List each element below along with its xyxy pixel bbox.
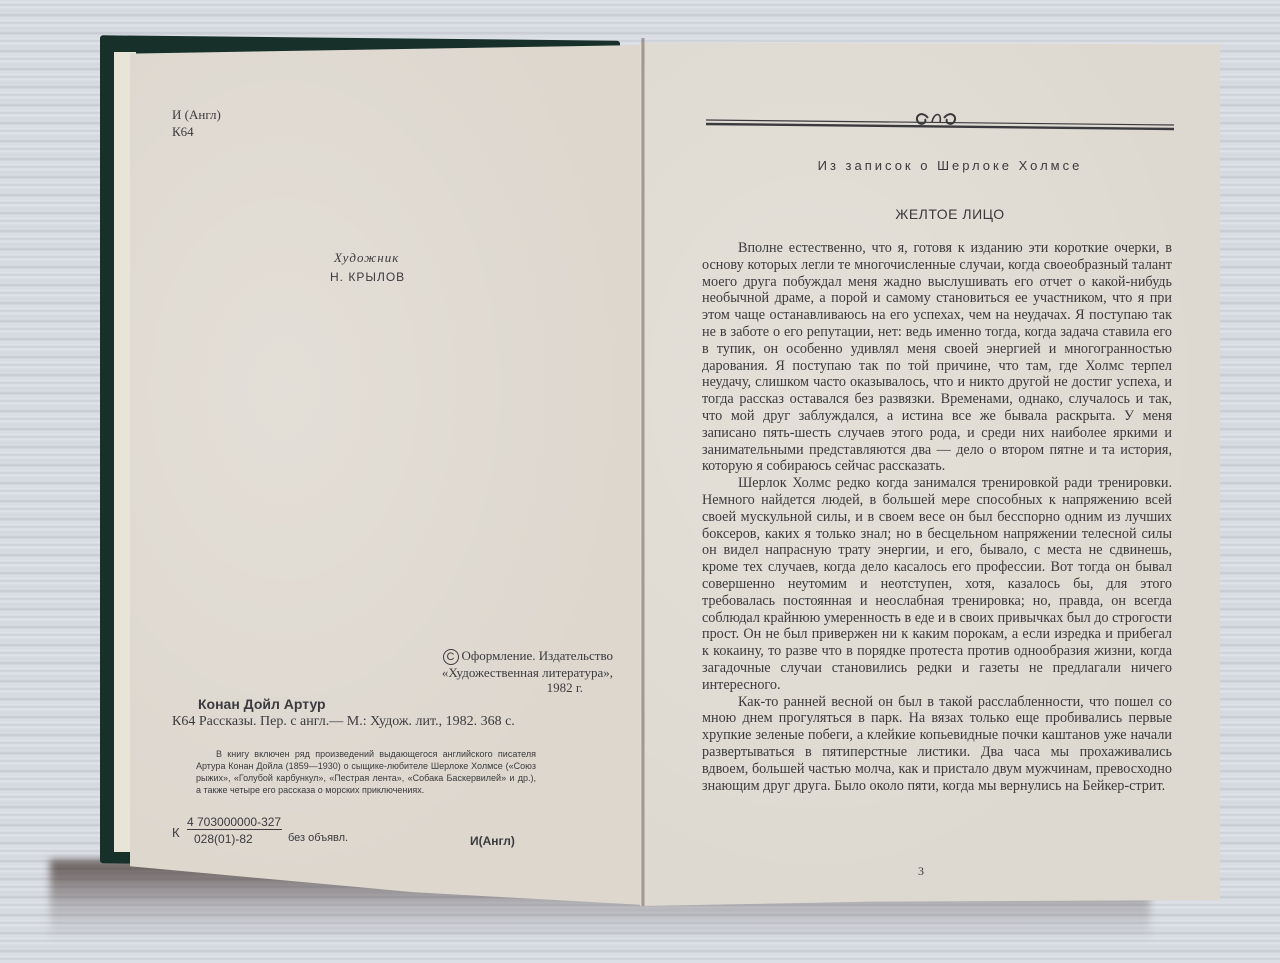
index-prefix: К xyxy=(172,825,180,840)
book-annotation: В книгу включен ряд произведений выдающе… xyxy=(196,748,536,796)
index-numerator: 4 703000000-327 xyxy=(187,815,282,830)
story-paragraph: Вполне естественно, что я, готовя к изда… xyxy=(702,240,1172,475)
story-paragraph: Шерлок Холмс редко когда занимался трени… xyxy=(702,475,1172,693)
annotation-text: В книгу включен ряд произведений выдающе… xyxy=(196,748,536,796)
story-body: Вполне естественно, что я, готовя к изда… xyxy=(702,240,1172,794)
copyright-line: «Художественная литература», xyxy=(413,665,613,680)
library-code-line: К64 xyxy=(172,123,221,140)
index-denominator: 028(01)-82 xyxy=(194,832,253,846)
copyright-line: Оформление. Издательство xyxy=(462,648,614,663)
artist-name: Н. КРЫЛОВ xyxy=(330,270,405,284)
page-number: 3 xyxy=(918,864,924,879)
copyright-notice: CОформление. Издательство «Художественна… xyxy=(413,648,613,695)
story-title: ЖЕЛТОЕ ЛИЦО xyxy=(700,206,1200,222)
header-ornament-icon xyxy=(706,98,1174,138)
book-gutter xyxy=(641,38,645,906)
series-title: Из записок о Шерлоке Холмсе xyxy=(700,158,1200,173)
library-code: И (Англ) К64 xyxy=(172,106,221,140)
author-name: Конан Дойл Артур xyxy=(198,696,326,712)
copyright-icon: C xyxy=(443,649,459,665)
no-ad-note: без объявл. xyxy=(288,832,348,844)
artist-label: Художник xyxy=(334,250,399,266)
library-code-line: И (Англ) xyxy=(172,106,221,123)
bibliographic-entry: К64 Рассказы. Пер. с англ.— М.: Худож. л… xyxy=(172,714,612,730)
story-paragraph: Как-то ранней весной он был в такой расс… xyxy=(702,694,1172,795)
classification-code: И(Англ) xyxy=(470,834,515,848)
copyright-line: 1982 г. xyxy=(413,680,613,695)
